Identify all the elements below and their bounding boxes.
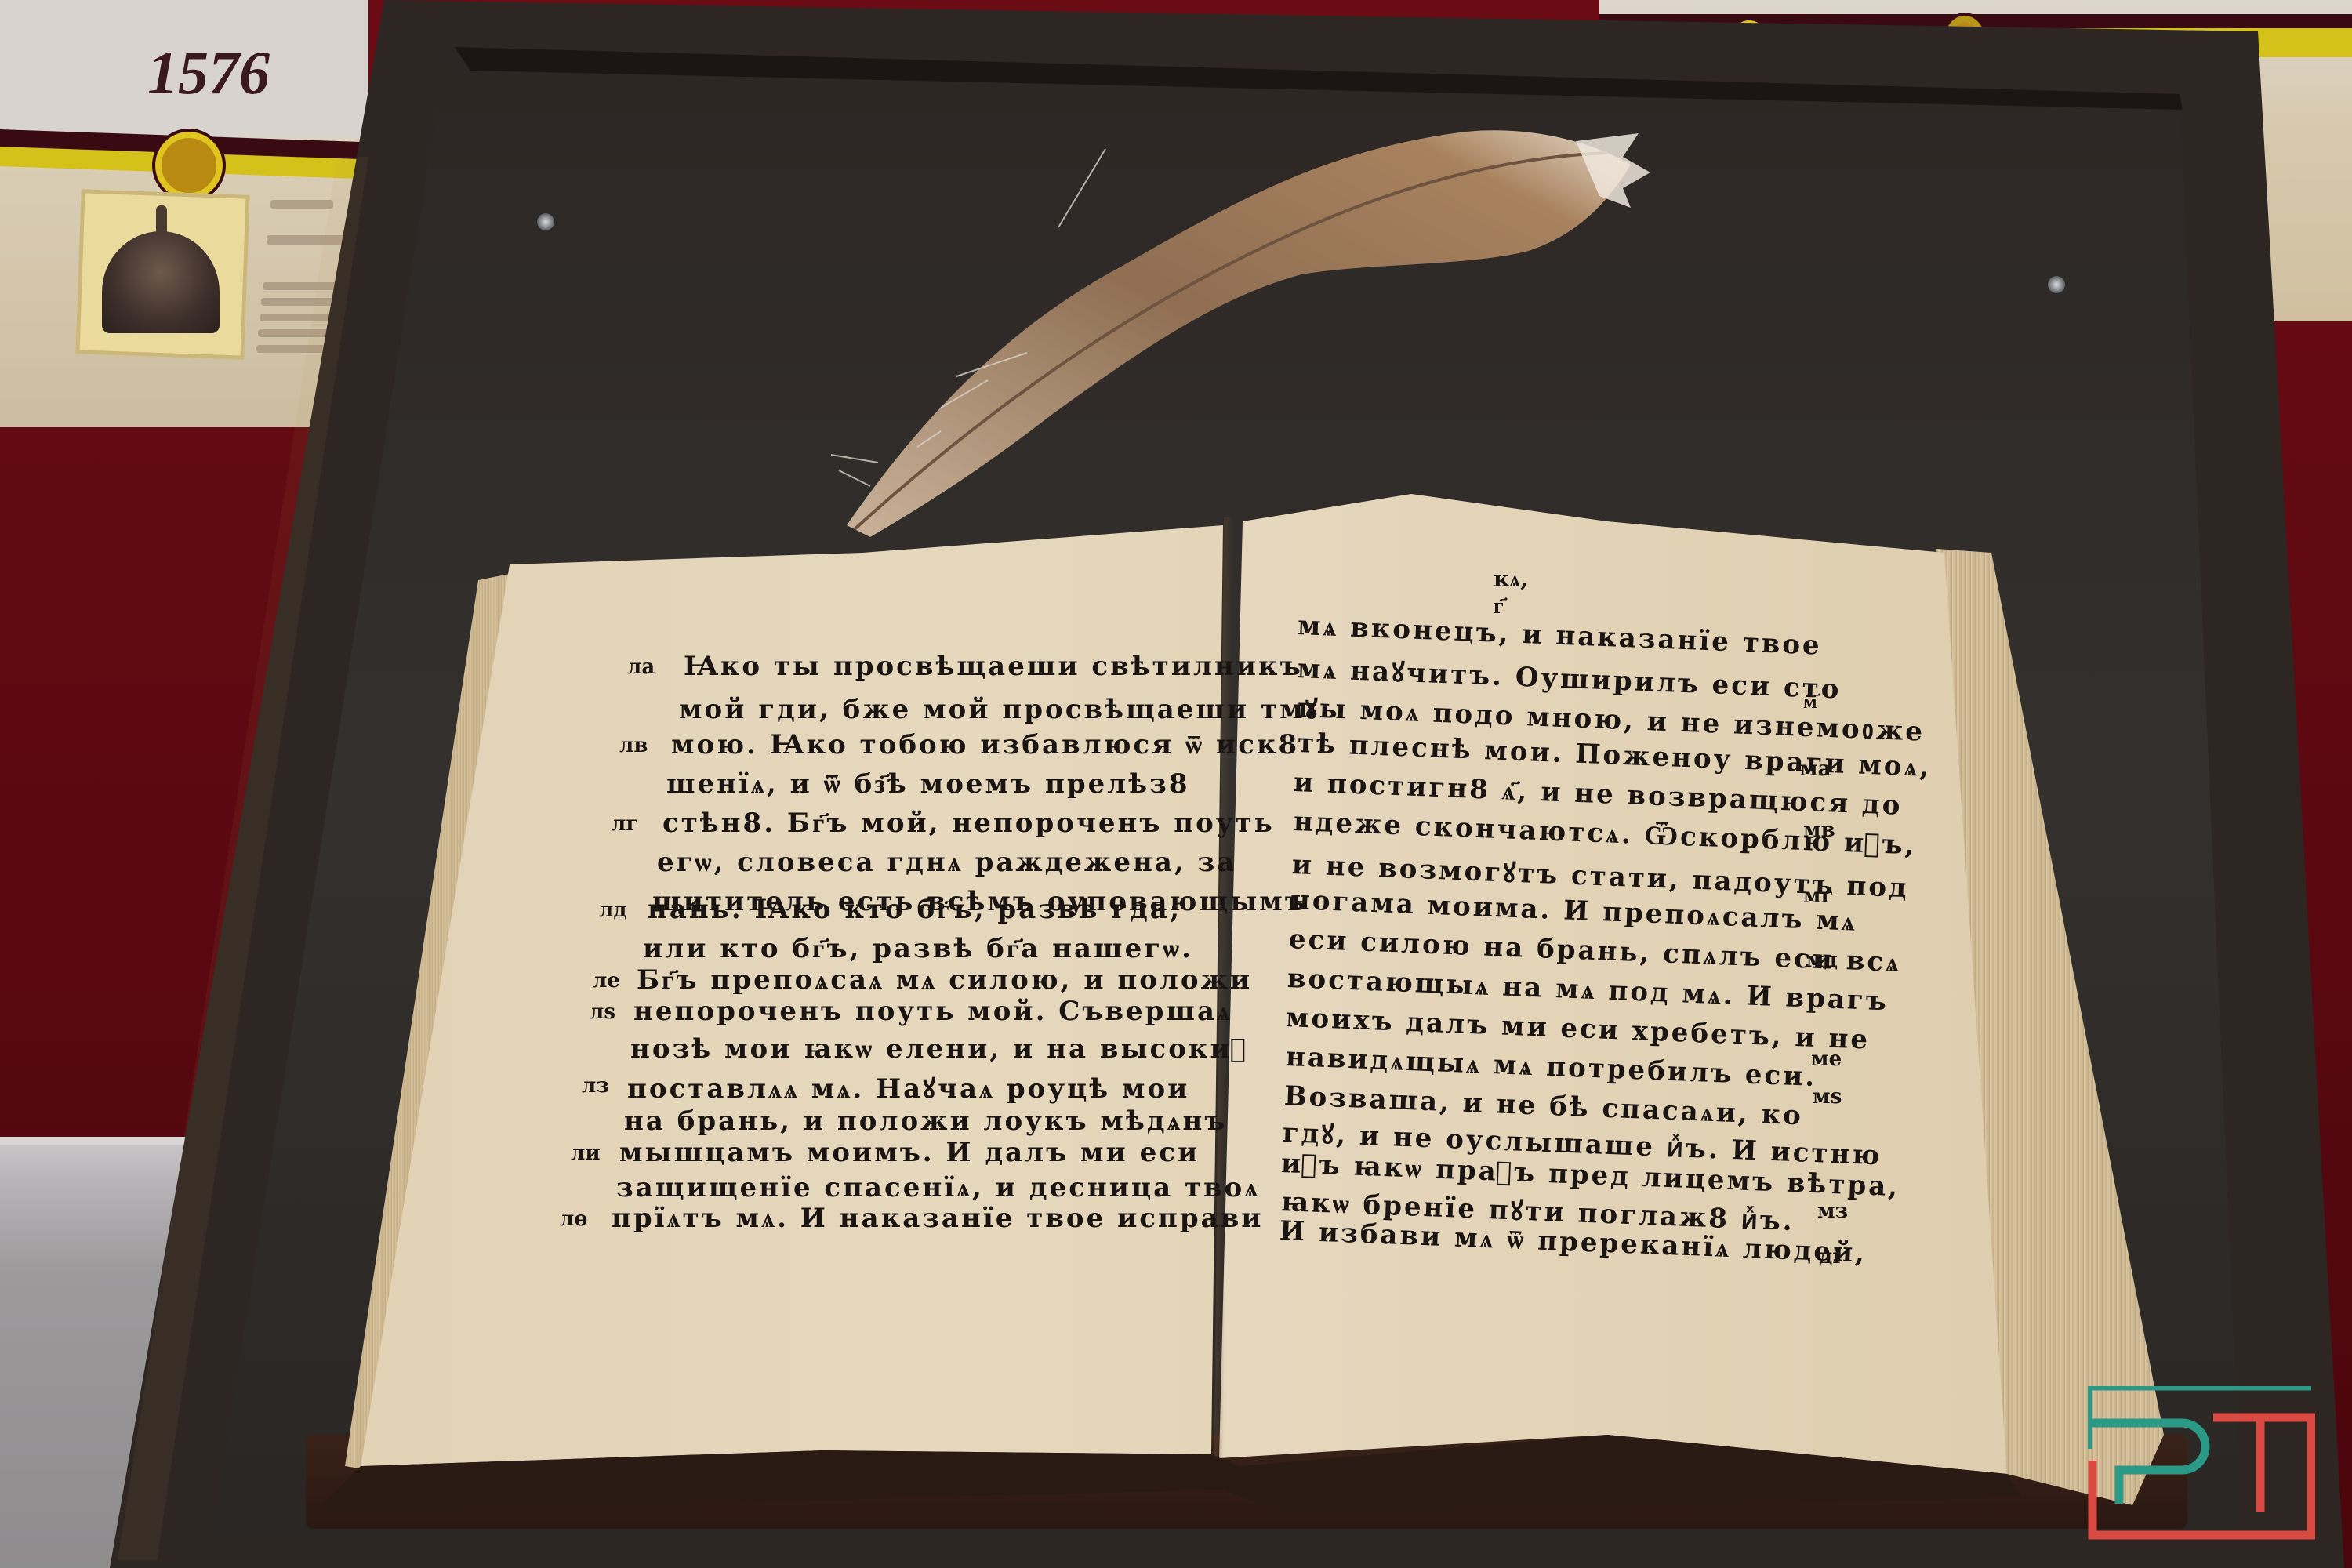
text-line: шенїѧ, и ѿ бз҃ѣ моемъ прелѣз8 [666,768,1189,800]
text-line: мою. Ꙗко тобою избавлюся ѿ иск8 [671,729,1299,760]
screw-icon [537,213,554,230]
text-line: поставлѧѧ мѧ. Наꙋчаѧ роуцѣ мои [627,1069,1189,1105]
screw-icon [2048,276,2065,293]
text-line: Ꙗко ты просвѣщаеши свѣтилникъ [684,651,1303,682]
verse-number: лг [612,812,638,836]
verse-number: лд [599,898,627,922]
verse-number: ме [1811,1047,1842,1071]
pt-logo-icon [2088,1386,2315,1543]
text-line: нань. Ꙗко кто бг҃ъ, развѣ гда; [648,894,1181,925]
text-line: защищенїе спасенїѧ, и десница твоѧ [616,1172,1260,1203]
placard-year: 1576 [147,38,270,108]
verse-number: лв [619,734,648,757]
text-line: нозѣ мои ꙗкѡ елени, и на высокиⷯ [630,1033,1248,1065]
text-line: мышцамъ моимъ. И далъ ми еси [619,1137,1200,1168]
text-line: егѡ, словеса гднѧ раждежена, за [657,847,1236,878]
text-line: Бг҃ъ препоѧсаѧ мѧ силою, и положи [637,964,1252,996]
text-line: непороченъ поуть мой. Съвершаѧ [633,996,1232,1027]
text-line: или кто бг҃ъ, развѣ бг҃а нашегѡ. [643,933,1193,964]
verse-number: мз [1817,1200,1848,1223]
verse-number: мг [1803,884,1834,908]
verse-number: ли [571,1142,601,1165]
verse-number: лѳ [560,1207,587,1231]
text-line: мой гди, бже мой просвѣщаеши тмꙋ [679,690,1320,726]
text-line: ла [627,655,655,679]
verse-number: лѕ [590,1000,615,1024]
verse-number: ла [627,655,655,679]
text-line: стѣн8. Бг҃ъ мой, непороченъ поуть [662,808,1275,839]
feather-quill-icon [823,118,1725,557]
text-line: прїѧтъ мѧ. И наказанїе твое исправи [612,1203,1264,1234]
verse-number: ма [1800,757,1831,781]
verse-number: ді [1819,1245,1840,1269]
placard-blurred-text [270,200,333,209]
verse-number: м҃ [1803,690,1817,713]
verse-number: мд [1806,949,1838,972]
page-header: кѧ, г҃ [1494,566,1528,619]
verse-number: лз [582,1074,609,1098]
verse-number: мв [1803,818,1835,842]
verse-number: мѕ [1813,1085,1842,1109]
medallion-icon [155,132,223,199]
verse-number: ле [593,969,620,993]
text-line: на брань, и положи лоукъ мѣдѧнъ [624,1105,1227,1137]
